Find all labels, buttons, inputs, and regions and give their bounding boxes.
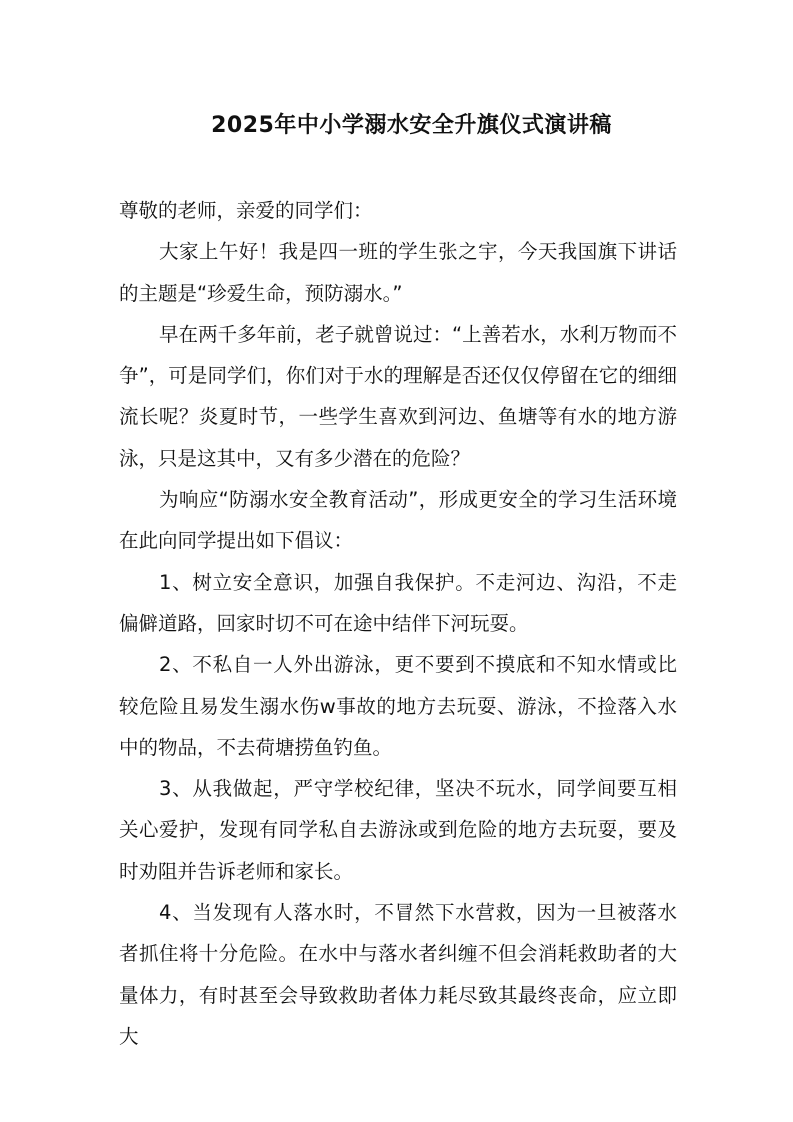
paragraph-item-4: 4、当发现有人落水时，不冒然下水营救，因为一旦被落水者抓住将十分危险。在水中与落… [119, 892, 677, 1057]
paragraph-initiative-intro: 为响应“防溺水安全教育活动”，形成更安全的学习生活环境在此向同学提出如下倡议： [119, 479, 677, 562]
document-body: 尊敬的老师，亲爱的同学们： 大家上午好！我是四一班的学生张之宇，今天我国旗下讲话… [119, 190, 677, 1057]
paragraph-item-1: 1、树立安全意识，加强自我保护。不走河边、沟沿，不走偏僻道路，回家时切不可在途中… [119, 562, 677, 645]
paragraph-item-2: 2、不私自一人外出游泳，更不要到不摸底和不知水情或比较危险且易发生溺水伤w事故的… [119, 644, 677, 768]
paragraph-laozi-quote: 早在两千多年前，老子就曾说过：“上善若水，水利万物而不争”，可是同学们，你们对于… [119, 314, 677, 479]
paragraph-greeting: 大家上午好！我是四一班的学生张之宇，今天我国旗下讲话的主题是“珍爱生命，预防溺水… [119, 231, 677, 314]
salutation: 尊敬的老师，亲爱的同学们： [119, 190, 677, 231]
document-page: 2025年中小学溺水安全升旗仪式演讲稿 尊敬的老师，亲爱的同学们： 大家上午好！… [0, 0, 793, 1122]
document-title: 2025年中小学溺水安全升旗仪式演讲稿 [0, 108, 793, 144]
paragraph-item-3: 3、从我做起，严守学校纪律，坚决不玩水，同学间要互相关心爱护，发现有同学私自去游… [119, 768, 677, 892]
